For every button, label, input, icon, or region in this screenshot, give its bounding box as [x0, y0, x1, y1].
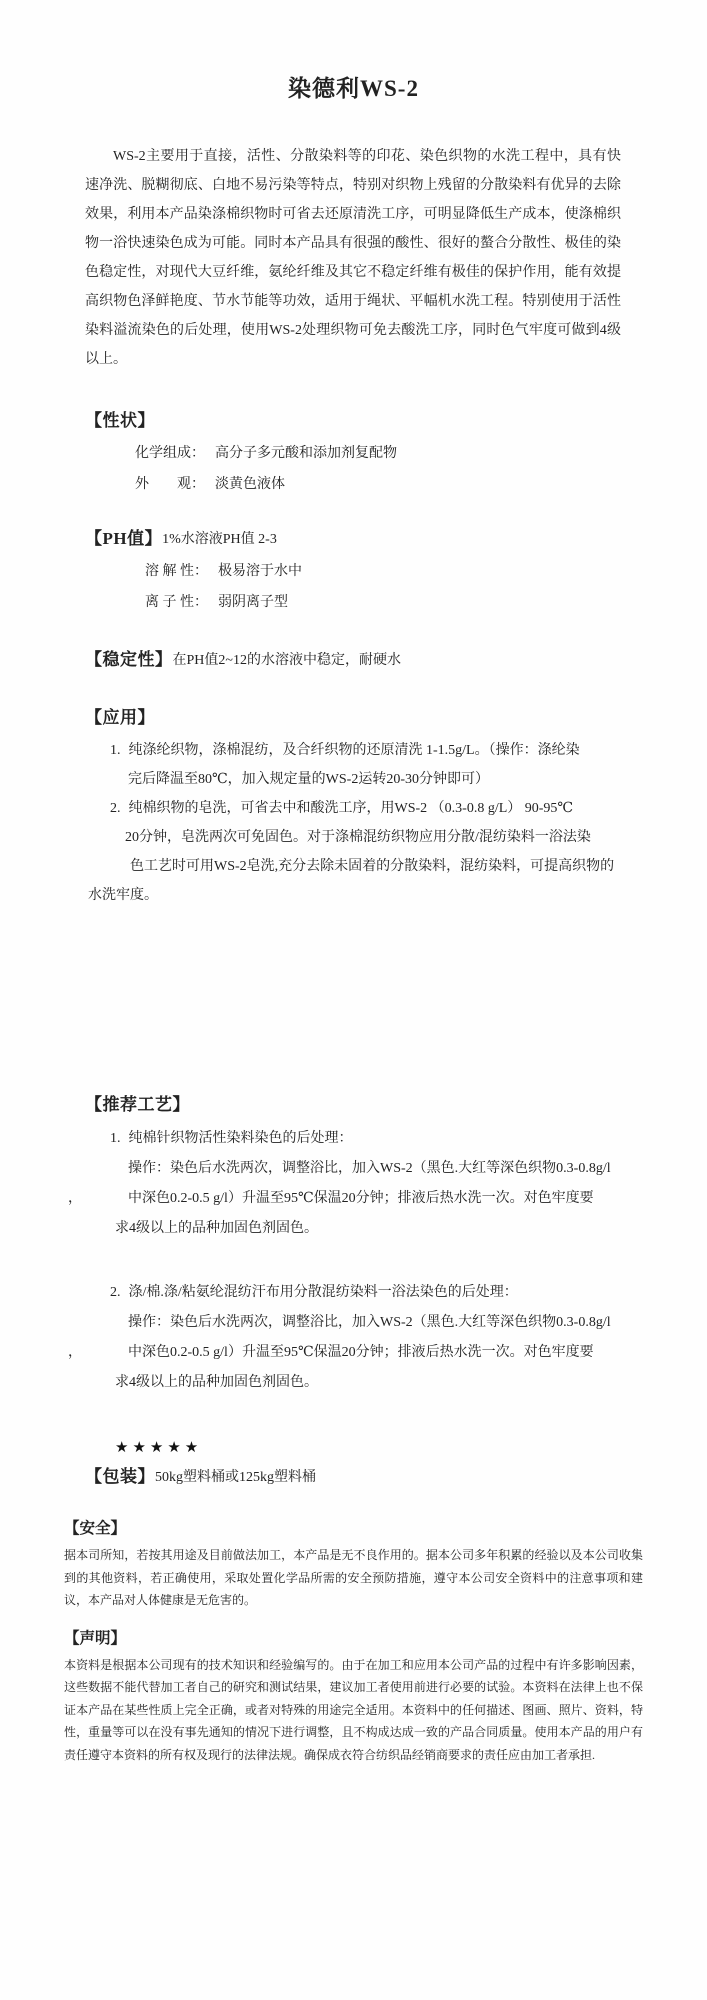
rating-stars-icon: ★★★★★ — [115, 1438, 707, 1457]
process-line: 求4级以上的品种加固色剂固色。 — [115, 1214, 621, 1244]
property-row: 外 观：淡黄色液体 — [135, 469, 621, 500]
application-line: 色工艺时可用WS-2皂洗,充分去除未固着的分散染料，混纺染料，可提高织物的 — [130, 852, 621, 881]
ph-value-text: 1%水溶液PH值 2-3 — [162, 532, 277, 547]
section-ph: 【PH值】1%水溶液PH值 2-3 溶 解 性：极易溶于水中 离 子 性：弱阴离… — [85, 526, 621, 618]
property-row: 化学组成：高分子多元酸和添加剂复配物 — [135, 438, 621, 469]
intro-paragraph: WS-2主要用于直接，活性、分散染料等的印花、染色织物的水洗工程中，具有快速净洗… — [85, 142, 621, 374]
ph-heading-line: 【PH值】1%水溶液PH值 2-3 — [85, 526, 621, 552]
property-value: 淡黄色液体 — [215, 477, 285, 492]
process-line: ，中深色0.2-0.5 g/l）升温至95℃保温20分钟；排液后热水洗一次。对色… — [128, 1184, 621, 1214]
recommended-item: 1.纯棉针织物活性染料染色的后处理： 操作：染色后水洗两次，调整浴比，加入WS-… — [85, 1124, 621, 1244]
section-properties-heading: 【性状】 — [85, 408, 621, 434]
section-recommended-process: 【推荐工艺】 1.纯棉针织物活性染料染色的后处理： 操作：染色后水洗两次，调整浴… — [85, 1092, 621, 1398]
application-line: 水洗牢度。 — [88, 881, 621, 910]
section-application-heading: 【应用】 — [85, 705, 621, 731]
section-statement-heading: 【声明】 — [64, 1627, 643, 1651]
section-safety: 【安全】 据本司所知，若按其用途及目前做法加工，本产品是无不良作用的。据本公司多… — [64, 1517, 643, 1612]
hanging-comma: ， — [68, 1184, 82, 1214]
properties-rows: 化学组成：高分子多元酸和添加剂复配物 外 观：淡黄色液体 — [135, 438, 621, 500]
property-value: 弱阴离子型 — [218, 595, 288, 610]
application-line: 1.纯涤纶织物，涤棉混纺，及合纤织物的还原清洗 1-1.5g/L。（操作：涤纶染 — [110, 736, 621, 765]
hanging-comma: ， — [68, 1338, 82, 1368]
section-ph-heading: 【PH值】 — [85, 529, 162, 548]
page-title: 染德利WS-2 — [0, 0, 707, 104]
property-label: 离 子 性： — [145, 595, 208, 610]
application-items: 1.纯涤纶织物，涤棉混纺，及合纤织物的还原清洗 1-1.5g/L。（操作：涤纶染… — [85, 736, 621, 910]
section-properties: 【性状】 化学组成：高分子多元酸和添加剂复配物 外 观：淡黄色液体 — [85, 408, 621, 500]
section-statement: 【声明】 本资料是根据本公司现有的技术知识和经验编写的。由于在加工和应用本公司产… — [64, 1627, 643, 1767]
recommended-item-title: 纯棉针织物活性染料染色的后处理： — [129, 1131, 353, 1146]
process-line: 求4级以上的品种加固色剂固色。 — [115, 1368, 621, 1398]
property-label: 溶 解 性： — [145, 564, 208, 579]
property-row: 溶 解 性：极易溶于水中 — [145, 556, 621, 587]
section-recommended-heading: 【推荐工艺】 — [85, 1092, 621, 1118]
section-application: 【应用】 1.纯涤纶织物，涤棉混纺，及合纤织物的还原清洗 1-1.5g/L。（操… — [85, 705, 621, 910]
application-line: 2.纯棉织物的皂洗，可省去中和酸洗工序，用WS-2 （0.3-0.8 g/L） … — [110, 794, 621, 823]
stability-text: 在PH值2~12的水溶液中稳定，耐硬水 — [173, 653, 401, 668]
recommended-item-title-line: 2.涤/棉.涤/粘氨纶混纺汗布用分散混纺染料一浴法染色的后处理： — [110, 1278, 621, 1308]
recommended-item-title-line: 1.纯棉针织物活性染料染色的后处理： — [110, 1124, 621, 1154]
section-stability: 【稳定性】在PH值2~12的水溶液中稳定，耐硬水 — [85, 647, 621, 673]
section-packaging-heading: 【包装】 — [85, 1467, 155, 1486]
application-line-text: 纯涤纶织物，涤棉混纺，及合纤织物的还原清洗 1-1.5g/L。（操作：涤纶染 — [129, 743, 580, 758]
safety-text: 据本司所知，若按其用途及目前做法加工，本产品是无不良作用的。据本公司多年积累的经… — [64, 1544, 643, 1612]
item-number: 1. — [110, 1131, 129, 1146]
recommended-item-title: 涤/棉.涤/粘氨纶混纺汗布用分散混纺染料一浴法染色的后处理： — [129, 1285, 518, 1300]
process-line: 操作：染色后水洗两次，调整浴比，加入WS-2（黑色.大红等深色织物0.3-0.8… — [128, 1308, 621, 1338]
application-line-text: 纯棉织物的皂洗，可省去中和酸洗工序，用WS-2 （0.3-0.8 g/L） 90… — [129, 801, 574, 816]
recommended-item: 2.涤/棉.涤/粘氨纶混纺汗布用分散混纺染料一浴法染色的后处理： 操作：染色后水… — [85, 1278, 621, 1398]
application-item: 2.纯棉织物的皂洗，可省去中和酸洗工序，用WS-2 （0.3-0.8 g/L） … — [85, 794, 621, 910]
item-number: 2. — [110, 801, 129, 816]
process-line-text: 中深色0.2-0.5 g/l）升温至95℃保温20分钟；排液后热水洗一次。对色牢… — [128, 1345, 594, 1360]
property-value: 高分子多元酸和添加剂复配物 — [215, 446, 397, 461]
ph-rows: 溶 解 性：极易溶于水中 离 子 性：弱阴离子型 — [145, 556, 621, 618]
process-line: 操作：染色后水洗两次，调整浴比，加入WS-2（黑色.大红等深色织物0.3-0.8… — [128, 1154, 621, 1184]
process-line: ，中深色0.2-0.5 g/l）升温至95℃保温20分钟；排液后热水洗一次。对色… — [128, 1338, 621, 1368]
property-row: 离 子 性：弱阴离子型 — [145, 587, 621, 618]
item-number: 1. — [110, 743, 129, 758]
document-page: 染德利WS-2 WS-2主要用于直接，活性、分散染料等的印花、染色织物的水洗工程… — [0, 0, 707, 2000]
application-line: 完后降温至80℃，加入规定量的WS-2运转20-30分钟即可） — [128, 765, 621, 794]
process-line-text: 中深色0.2-0.5 g/l）升温至95℃保温20分钟；排液后热水洗一次。对色牢… — [128, 1191, 594, 1206]
section-packaging: 【包装】50kg塑料桶或125kg塑料桶 — [85, 1464, 621, 1490]
section-safety-heading: 【安全】 — [64, 1517, 643, 1541]
property-label: 外 观： — [135, 477, 205, 492]
packaging-text: 50kg塑料桶或125kg塑料桶 — [155, 1470, 316, 1485]
statement-text: 本资料是根据本公司现有的技术知识和经验编写的。由于在加工和应用本公司产品的过程中… — [64, 1654, 643, 1767]
property-value: 极易溶于水中 — [218, 564, 302, 579]
item-number: 2. — [110, 1285, 129, 1300]
application-line: 20分钟，皂洗两次可免固色。对于涤棉混纺织物应用分散/混纺染料一浴法染 — [125, 823, 621, 852]
section-stability-heading: 【稳定性】 — [85, 650, 173, 669]
property-label: 化学组成： — [135, 446, 205, 461]
application-item: 1.纯涤纶织物，涤棉混纺，及合纤织物的还原清洗 1-1.5g/L。（操作：涤纶染… — [85, 736, 621, 794]
